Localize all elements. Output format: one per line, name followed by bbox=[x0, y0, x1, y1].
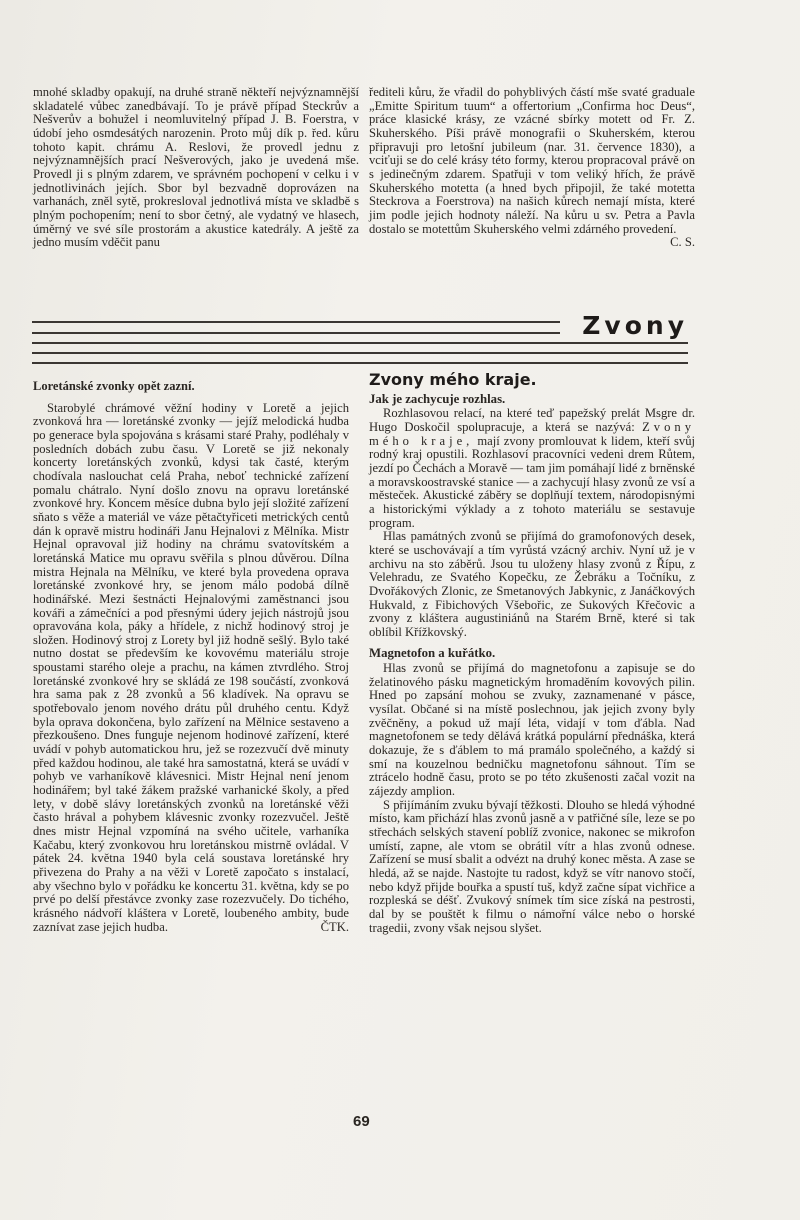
paragraph: Hlas zvonů se přijímá do magnetofonu a z… bbox=[369, 662, 695, 799]
paragraph: S přijímáním zvuku bývají těžkosti. Dlou… bbox=[369, 799, 695, 936]
author-signature: ČTK. bbox=[307, 921, 349, 935]
continued-article-right-column: řediteli kůru, že vřadil do pohyblivých … bbox=[369, 86, 695, 250]
paragraph: Hlas památných zvonů se přijímá do gramo… bbox=[369, 530, 695, 639]
subsection-heading: Magnetofon a kuřátko. bbox=[369, 647, 695, 661]
author-signature: C. S. bbox=[670, 236, 695, 250]
rule-line bbox=[32, 321, 560, 323]
article-body: Starobylé chrámové věžní hodiny v Loretě… bbox=[33, 402, 349, 935]
subsection-heading: Jak je zachycuje rozhlas. bbox=[369, 393, 695, 407]
article-title: Zvony mého kraje. bbox=[369, 373, 695, 387]
page-number: 69 bbox=[353, 1113, 370, 1130]
rule-line bbox=[32, 352, 688, 354]
paragraph-text: Hlas zvonů se přijímá do magnetofonu a z… bbox=[369, 661, 695, 798]
article-zvony-meho-kraje: Zvony mého kraje. Jak je zachycuje rozhl… bbox=[369, 401, 695, 935]
paragraph-text: Hlas památných zvonů se přijímá do gramo… bbox=[369, 529, 695, 639]
paragraph-text: řediteli kůru, že vřadil do pohyblivých … bbox=[369, 85, 695, 236]
paragraph: mnohé skladby opakují, na druhé straně n… bbox=[33, 86, 359, 250]
paragraph-text: mají zvony promlouvat k lidem, kteří svů… bbox=[369, 434, 695, 530]
paragraph: Rozhlasovou relací, na které teď papežsk… bbox=[369, 407, 695, 530]
continued-article-left-column: mnohé skladby opakují, na druhé straně n… bbox=[33, 86, 359, 250]
section-title: Zvony bbox=[582, 311, 688, 340]
magazine-page: mnohé skladby opakují, na druhé straně n… bbox=[0, 0, 800, 1220]
rule-line bbox=[32, 342, 688, 344]
paragraph: řediteli kůru, že vřadil do pohyblivých … bbox=[369, 86, 695, 236]
paragraph-text: S přijímáním zvuku bývají těžkosti. Dlou… bbox=[369, 798, 695, 935]
rule-line bbox=[32, 362, 688, 364]
article-loretanske-zvonky: Loretánské zvonky opět zazní. Starobylé … bbox=[33, 401, 349, 934]
rule-line bbox=[32, 332, 560, 334]
paragraph-text: Starobylé chrámové věžní hodiny v Loretě… bbox=[33, 401, 349, 934]
article-title: Loretánské zvonky opět zazní. bbox=[33, 380, 349, 394]
